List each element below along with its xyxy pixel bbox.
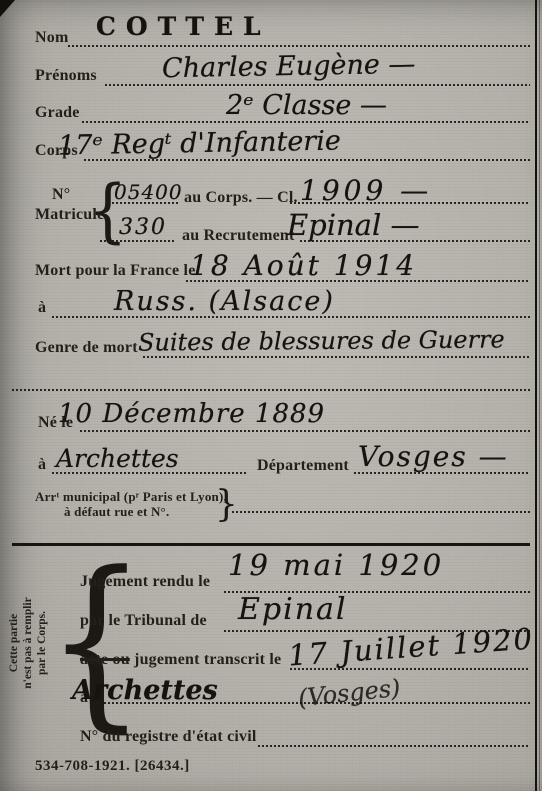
arrondissement-dotted-line: [232, 510, 530, 513]
arrondissement-label-line2: à défaut rue et N°.: [64, 504, 169, 520]
transcrit-label: jugement transcrit le: [134, 651, 281, 668]
prenoms-label: Prénoms: [35, 67, 97, 85]
nom-value: COTTEL: [96, 12, 271, 41]
ne-le-value: 10 Décembre 1889: [58, 399, 325, 429]
ne-lieu-value: Archettes: [56, 444, 179, 473]
mort-date-value: 18 Août 1914: [190, 249, 417, 282]
transcrit-label-struck: acte ou: [80, 651, 130, 668]
genre-mort-value: Suites de blessures de Guerre: [138, 325, 505, 356]
arrondissement-label-line1: Arrᵗ municipal (pʳ Paris et Lyon),: [35, 489, 227, 505]
genre-mort-label: Genre de mort: [35, 339, 138, 357]
scan-corner-artifact: [0, 0, 15, 17]
jugement-rendu-label: Jugement rendu le: [80, 573, 210, 591]
ne-le-dotted-line: [80, 429, 530, 432]
nom-dotted-line: [68, 44, 530, 47]
scan-right-edge-line-2: [539, 0, 540, 791]
registre-label: N° du registre d'état civil: [80, 728, 257, 746]
arrondissement-brace: }: [215, 487, 238, 523]
grade-value: 2ᵉ Classe —: [226, 90, 387, 121]
nom-label: Nom: [35, 29, 68, 47]
scan-right-edge-line: [535, 0, 537, 791]
matricule-recrutement-number: 330: [119, 215, 167, 240]
death-record-card: Nom COTTEL Prénoms Charles Eugène — Grad…: [0, 0, 542, 791]
classe-value: 1909 —: [300, 174, 432, 207]
departement-label: Département: [257, 457, 349, 475]
au-recrutement-label: au Recrutement: [182, 227, 295, 245]
registre-dotted-line: [258, 744, 530, 747]
blank-dotted-line: [12, 388, 530, 391]
mort-lieu-value: Russ. (Alsace): [114, 286, 335, 317]
corps-value: 17ᵉ Regᵗ d'Infanterie: [58, 126, 341, 162]
departement-value: Vosges —: [358, 440, 509, 473]
prenoms-value: Charles Eugène —: [162, 49, 416, 84]
sidebar-note-line1: Cette partie: [7, 565, 21, 721]
au-corps-label: au Corps. — Cl.: [184, 189, 298, 207]
recrutement-place-value: Epinal —: [287, 208, 419, 242]
matricule-corps-number: 05400: [114, 180, 183, 204]
transcrit-lieu-value: Archettes: [72, 675, 218, 706]
tribunal-label: par le Tribunal de: [80, 612, 207, 630]
tribunal-value: Epinal: [238, 592, 348, 627]
grade-label: Grade: [35, 104, 80, 122]
jugement-rendu-value: 19 mai 1920: [228, 548, 444, 582]
ne-lieu-label: à: [38, 456, 46, 474]
sidebar-note-line2: n'est pas à remplir: [21, 565, 35, 721]
mort-date-label: Mort pour la France le: [35, 262, 196, 280]
mort-lieu-label: à: [38, 299, 46, 317]
footer-imprint: 534-708-1921. [26434.]: [35, 758, 190, 775]
matricule-label-line1: N°: [52, 186, 70, 204]
transcrit-lieu-departement: (Vosges): [297, 674, 402, 713]
